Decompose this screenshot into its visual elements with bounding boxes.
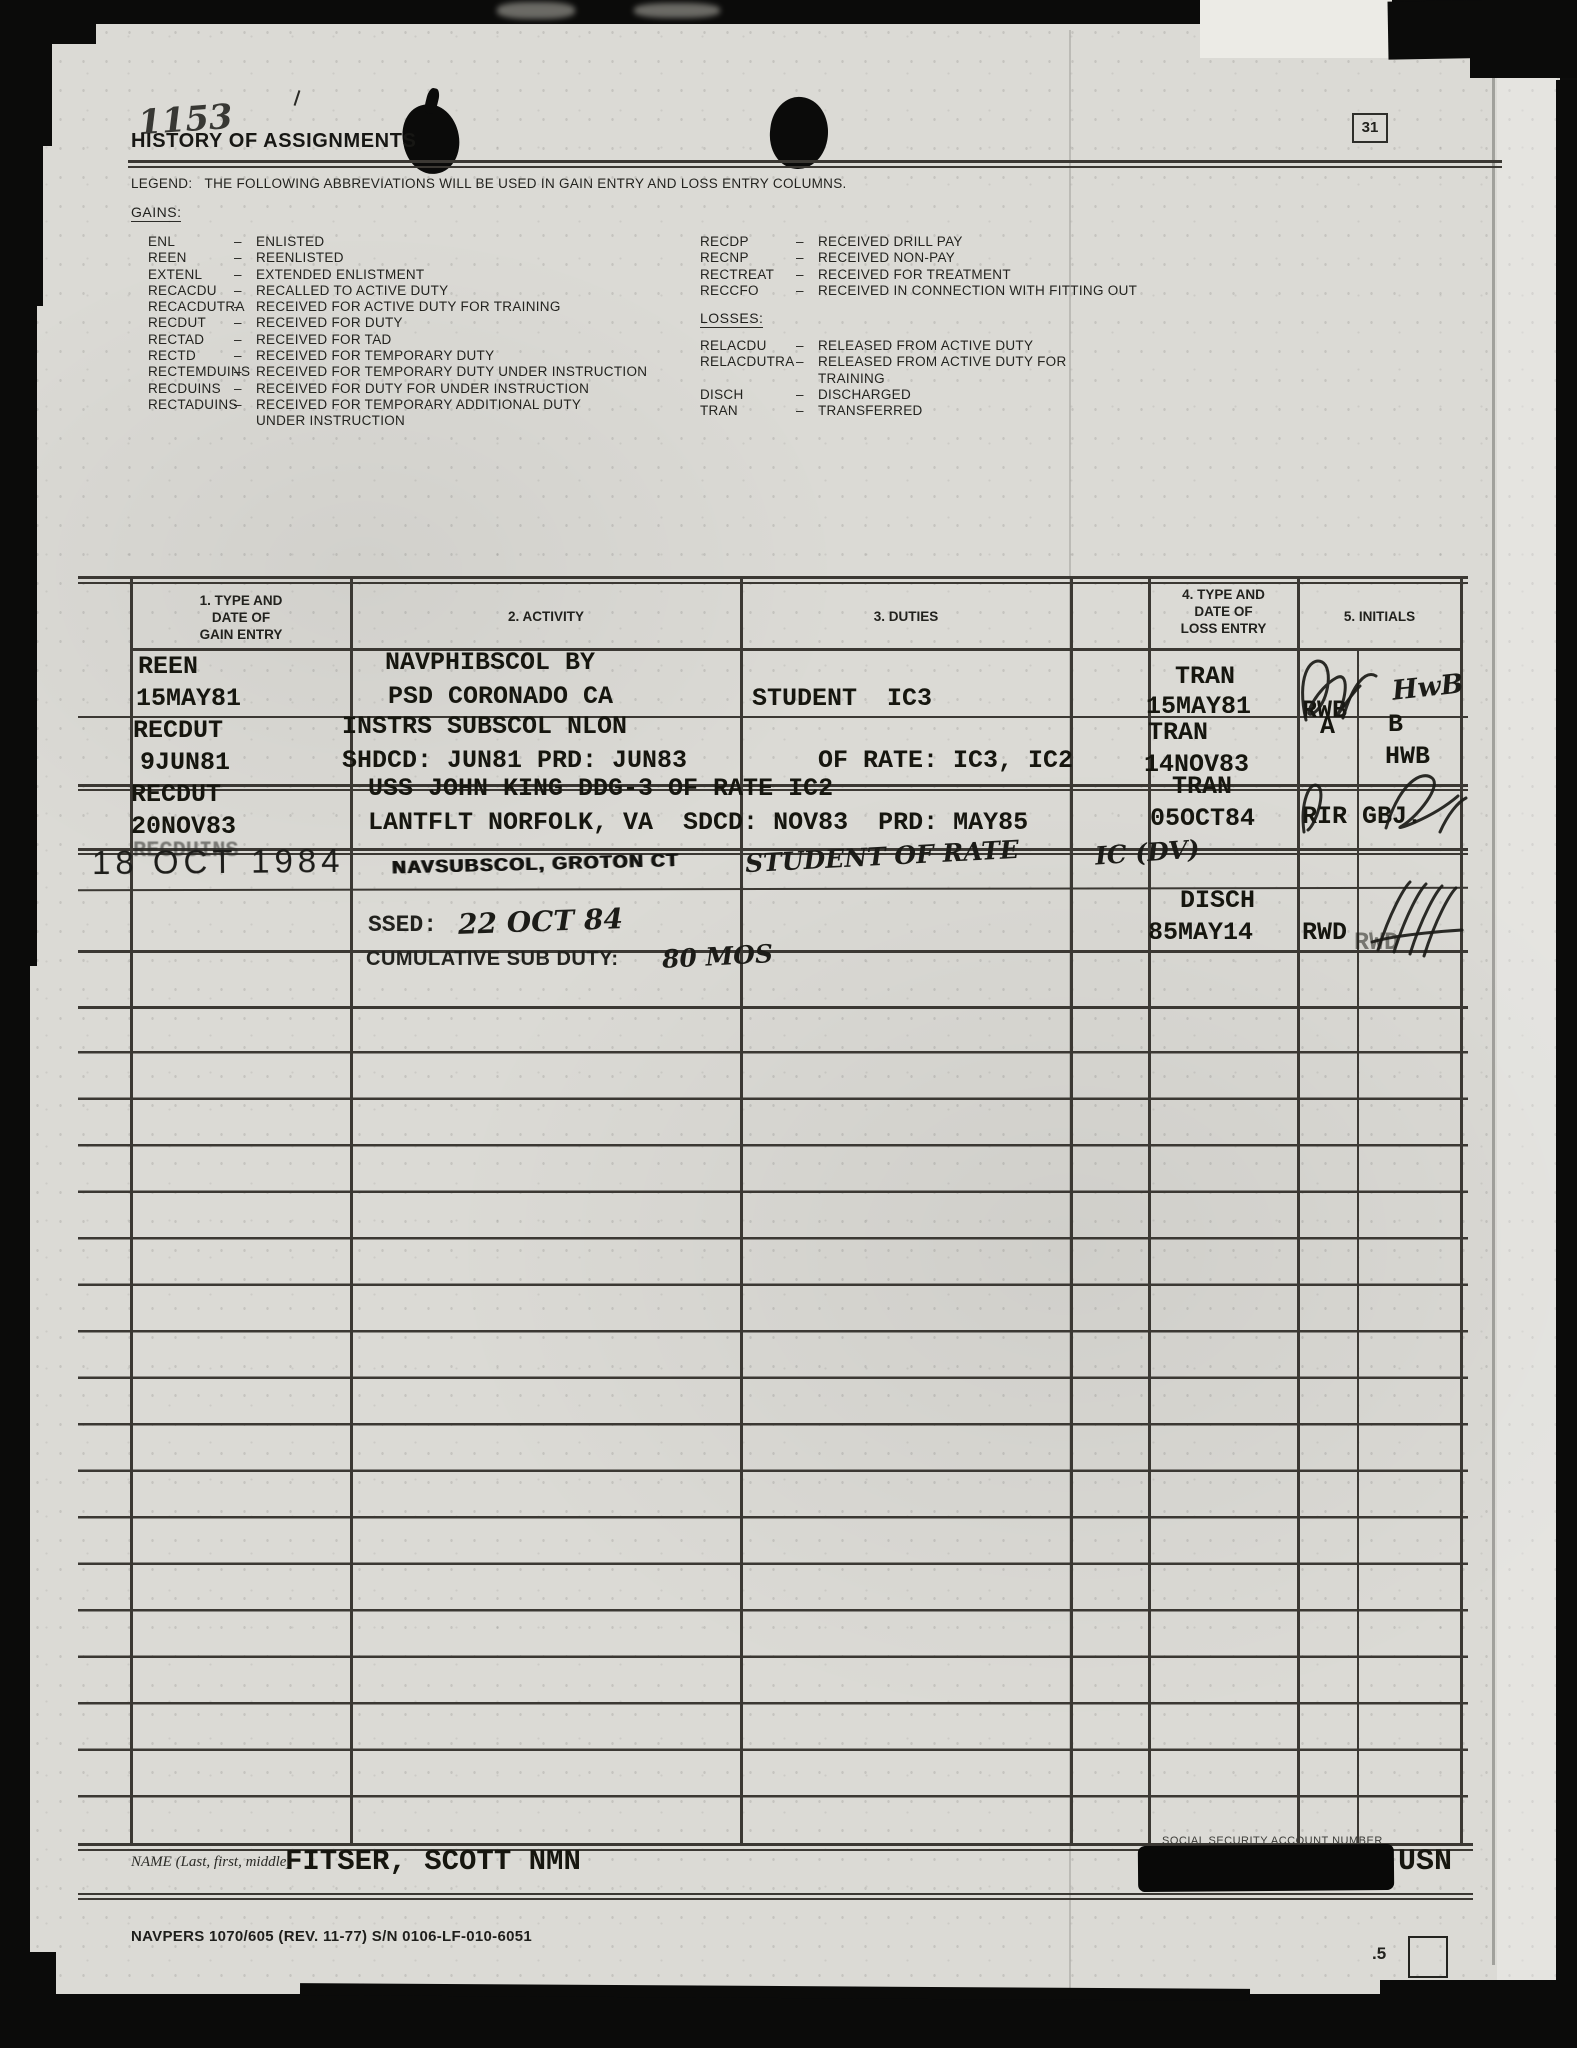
date-stamp: 18 OCT 1984 [92, 842, 345, 882]
dash: – [234, 381, 256, 396]
scan-border-top-right [1388, 0, 1577, 60]
legend-line: LEGEND: THE FOLLOWING ABBREVIATIONS WILL… [131, 176, 847, 191]
dash: – [796, 403, 818, 418]
gain-abbr: RECTREAT [700, 267, 796, 282]
dash: – [234, 283, 256, 298]
handwritten-cumulative-months: 80 MOS [661, 939, 773, 974]
scan-border-bottom-left [0, 1952, 56, 2048]
header-activity: 2. ACTIVITY [352, 608, 740, 625]
gains-item: RECTD – RECEIVED FOR TEMPORARY DUTY [148, 348, 768, 364]
name-bottom-rule-1 [78, 1893, 1473, 1895]
entry-activity: INSTRS SUBSCOL NLON [342, 712, 627, 741]
dash: – [234, 250, 256, 265]
entry-gain-type: REEN [138, 652, 198, 681]
dash: – [796, 234, 818, 249]
entry-activity: LANTFLT NORFOLK, VA SDCD: NOV83 PRD: MAY… [368, 808, 1028, 837]
dash: – [234, 364, 256, 379]
gains-item: RECNP – RECEIVED NON-PAY [700, 250, 1260, 266]
loss-item: RELACDU – RELEASED FROM ACTIVE DUTY [700, 338, 1260, 354]
loss-abbr: RELACDU [700, 338, 796, 353]
gain-abbr: RECTEMDUINS [148, 364, 234, 379]
loss-definition: DISCHARGED [818, 387, 911, 402]
gain-definition: RECEIVED DRILL PAY [818, 234, 963, 249]
gain-abbr: ENL [148, 234, 234, 249]
table-top-rule-2 [78, 582, 1468, 584]
gain-definition: RECEIVED FOR DUTY FOR UNDER INSTRUCTION [256, 381, 589, 396]
name-label: NAME (Last, first, middle) [131, 1854, 291, 1871]
entry-loss-date: 15MAY81 [1146, 692, 1251, 721]
gain-definition: UNDER INSTRUCTION [256, 413, 405, 428]
scan-border-top-right-2 [1470, 52, 1577, 78]
scan-border-left-2 [28, 24, 52, 146]
gains-item: RECDUINS – RECEIVED FOR DUTY FOR UNDER I… [148, 381, 768, 397]
form-number: NAVPERS 1070/605 (REV. 11-77) S/N 0106-L… [131, 1928, 532, 1945]
dash: – [796, 283, 818, 298]
entry-gain-type: RECDUT [131, 780, 221, 809]
entry-gain-date: 15MAY81 [136, 684, 241, 713]
gain-definition: ENLISTED [256, 234, 324, 249]
dash: – [796, 250, 818, 265]
signature-scribble [1362, 872, 1472, 962]
signature-scribble [1290, 762, 1470, 842]
dash: – [234, 397, 256, 412]
gain-definition: RECEIVED FOR TEMPORARY DUTY [256, 348, 494, 363]
loss-definition: RELEASED FROM ACTIVE DUTY FOR [818, 354, 1067, 369]
dash: – [234, 234, 256, 249]
branch-value: USN [1398, 1845, 1452, 1879]
gains-item: RECDP – RECEIVED DRILL PAY [700, 234, 1260, 250]
gain-abbr: RECCFO [700, 283, 796, 298]
gain-abbr: REEN [148, 250, 234, 265]
handwritten-serial: 1153 [137, 97, 234, 144]
loss-abbr: TRAN [700, 403, 796, 418]
entry-duties: OF RATE: IC3, IC2 [818, 746, 1073, 775]
gain-abbr: RECTAD [148, 332, 234, 347]
page-number-box: 31 [1352, 113, 1388, 143]
name-bottom-rule-2 [78, 1898, 1473, 1900]
header-duties: 3. DUTIES [742, 608, 1070, 625]
title-rule-1 [128, 160, 1502, 163]
scan-border-right [1556, 80, 1577, 1995]
cumulative-label: CUMULATIVE SUB DUTY: [366, 948, 619, 971]
dash: – [796, 267, 818, 282]
empty-row-rules [78, 1051, 1468, 1799]
gain-definition: EXTENDED ENLISTMENT [256, 267, 424, 282]
entry-loss-date: 05OCT84 [1150, 804, 1255, 833]
entry-loss-type: TRAN [1148, 718, 1208, 747]
gain-definition: RECEIVED FOR DUTY [256, 315, 403, 330]
dash: – [796, 338, 818, 353]
gain-abbr: RECACDUTRA [148, 299, 234, 314]
scan-border-left [0, 0, 30, 2048]
top-smudge-1 [497, 2, 575, 19]
gains-item: RECTEMDUINS – RECEIVED FOR TEMPORARY DUT… [148, 364, 768, 380]
gain-definition: RECEIVED FOR TREATMENT [818, 267, 1011, 282]
entry-activity: PSD CORONADO CA [388, 682, 613, 711]
header-initials: 5. INITIALS [1299, 608, 1460, 625]
dash: – [234, 315, 256, 330]
entry-loss-date: 85MAY14 [1148, 918, 1253, 947]
ssn-redaction-bar [1138, 1844, 1394, 1892]
loss-definition: TRANSFERRED [818, 403, 923, 418]
entry-activity: USS JOHN KING DDG-3 OF RATE IC2 [368, 774, 833, 803]
signature-scribble [1288, 648, 1388, 733]
gain-abbr: RECDUINS [148, 381, 234, 396]
gain-definition: REENLISTED [256, 250, 344, 265]
loss-item: TRAINING [700, 371, 1260, 387]
loss-definition: TRAINING [818, 371, 885, 386]
header-gain-entry: 1. TYPE AND DATE OF GAIN ENTRY [132, 592, 350, 643]
entry-gain-type: RECDUT [133, 716, 223, 745]
scan-border-bottom-right [1380, 1980, 1577, 2048]
entry-activity: NAVPHIBSCOL BY [385, 648, 595, 677]
loss-item: RELACDUTRA – RELEASED FROM ACTIVE DUTY F… [700, 354, 1260, 370]
ssed-label: SSED: [368, 912, 437, 938]
gains-item: RECCFO – RECEIVED IN CONNECTION WITH FIT… [700, 283, 1260, 299]
dash: – [234, 267, 256, 282]
gain-abbr: RECDUT [148, 315, 234, 330]
gains-item: ENL – ENLISTED [148, 234, 768, 250]
title-rule-2 [128, 166, 1502, 168]
gains-item: RECDUT – RECEIVED FOR DUTY [148, 315, 768, 331]
scan-border-bottom [0, 1994, 1577, 2048]
gains-right-list: RECDP – RECEIVED DRILL PAY RECNP – RECEI… [700, 234, 1260, 299]
gain-abbr: RECTD [148, 348, 234, 363]
gains-item: RECTADUINS – RECEIVED FOR TEMPORARY ADDI… [148, 397, 768, 413]
entry-loss-type: TRAN [1175, 662, 1235, 691]
legend-text: THE FOLLOWING ABBREVIATIONS WILL BE USED… [205, 176, 847, 191]
footer-page-small: .5 [1372, 1944, 1386, 1964]
loss-item: DISCH – DISCHARGED [700, 387, 1260, 403]
gains-item: RECACDUTRA – RECEIVED FOR ACTIVE DUTY FO… [148, 299, 768, 315]
dash: – [234, 299, 256, 314]
losses-heading: LOSSES: [700, 310, 763, 328]
row-rule-5 [78, 950, 1468, 953]
gain-abbr: EXTENL [148, 267, 234, 282]
dash: – [796, 387, 818, 402]
gain-definition: RECEIVED FOR TEMPORARY ADDITIONAL DUTY [256, 397, 581, 412]
paper-light-edge [1497, 18, 1557, 1996]
entry-gain-date: 20NOV83 [131, 812, 236, 841]
table-top-rule-1 [78, 576, 1468, 579]
gains-left-list: ENL – ENLISTED REEN – REENLISTED EXTENL … [148, 234, 768, 430]
gain-abbr: RECDP [700, 234, 796, 249]
entry-initials: RWD [1302, 918, 1347, 947]
gain-definition: RECEIVED FOR ACTIVE DUTY FOR TRAINING [256, 299, 561, 314]
entry-loss-type: TRAN [1172, 772, 1232, 801]
entry-loss-type: DISCH [1180, 886, 1255, 915]
handwritten-ssed-date: 22 OCT 84 [457, 902, 623, 941]
dash: – [796, 354, 818, 369]
row-rule-1 [78, 716, 1468, 718]
gains-item: EXTENL – EXTENDED ENLISTMENT [148, 267, 768, 283]
dash: – [234, 332, 256, 347]
loss-abbr: DISCH [700, 387, 796, 402]
entry-gain-date: 9JUN81 [140, 748, 230, 777]
gain-definition: RECEIVED FOR TEMPORARY DUTY UNDER INSTRU… [256, 364, 647, 379]
row-rule-6 [78, 1006, 1468, 1009]
entry-duties: STUDENT IC3 [752, 684, 932, 713]
footer-checkbox [1408, 1936, 1448, 1978]
gain-definition: RECALLED TO ACTIVE DUTY [256, 283, 448, 298]
legend-label: LEGEND: [131, 176, 192, 191]
scan-gap-top-right [1200, 0, 1392, 58]
gains-item: UNDER INSTRUCTION [148, 413, 768, 429]
dash: – [234, 348, 256, 363]
paper-edge-shadow [1492, 60, 1495, 1965]
gains-item: REEN – REENLISTED [148, 250, 768, 266]
header-loss-entry: 4. TYPE AND DATE OF LOSS ENTRY [1150, 586, 1297, 637]
losses-list: RELACDU – RELEASED FROM ACTIVE DUTY RELA… [700, 338, 1260, 419]
gains-item: RECTAD – RECEIVED FOR TAD [148, 332, 768, 348]
header-bottom-rule [130, 648, 1462, 651]
entry-activity: SHDCD: JUN81 PRD: JUN83 [342, 746, 687, 775]
scan-border-left-4 [28, 306, 37, 966]
gain-definition: RECEIVED FOR TAD [256, 332, 392, 347]
gain-abbr: RECACDU [148, 283, 234, 298]
scanned-navy-form: { "page": { "page_number": "31", "handwr… [0, 0, 1577, 2048]
scan-border-left-3 [28, 146, 43, 306]
gain-abbr: RECTADUINS [148, 397, 234, 412]
loss-abbr: RELACDUTRA [700, 354, 796, 369]
loss-item: TRAN – TRANSFERRED [700, 403, 1260, 419]
page-number: 31 [1362, 119, 1379, 136]
gains-heading: GAINS: [131, 204, 181, 222]
gain-abbr: RECNP [700, 250, 796, 265]
name-value: FITSER, SCOTT NMN [285, 1845, 581, 1878]
gain-definition: RECEIVED IN CONNECTION WITH FITTING OUT [818, 283, 1137, 298]
loss-definition: RELEASED FROM ACTIVE DUTY [818, 338, 1033, 353]
gains-item: RECTREAT – RECEIVED FOR TREATMENT [700, 267, 1260, 283]
entry-initials-b: B [1388, 710, 1403, 739]
gain-definition: RECEIVED NON-PAY [818, 250, 955, 265]
entry-initials-a: A [1320, 712, 1335, 741]
top-smudge-2 [634, 3, 720, 18]
gains-item: RECACDU – RECALLED TO ACTIVE DUTY [148, 283, 768, 299]
